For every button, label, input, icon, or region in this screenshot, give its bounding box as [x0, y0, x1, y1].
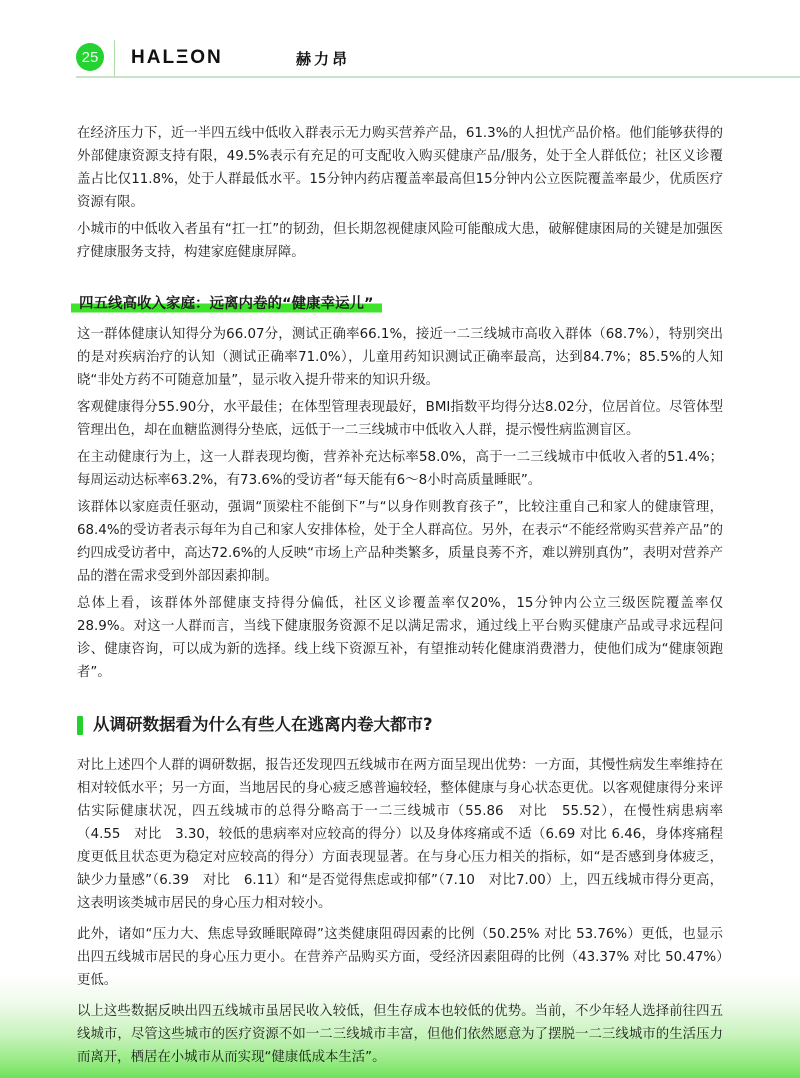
header-rule — [76, 76, 800, 78]
header-divider — [114, 40, 115, 77]
section-heading-escape: 从调研数据看为什么有些人在逃离内卷大都市? — [77, 714, 723, 736]
body-paragraph: 客观健康得分55.90分，水平最佳；在体型管理表现最好，BMI指数平均得分达8.… — [77, 396, 723, 442]
body-paragraph: 在主动健康行为上，这一人群表现均衡，营养补充达标率58.0%，高于一二三线城市中… — [77, 446, 723, 492]
page-header: 25 HALΞON 赫力昂 — [76, 40, 800, 78]
body-paragraph: 这一群体健康认知得分为66.07分，测试正确率66.1%，接近一二三线城市高收入… — [77, 323, 723, 392]
body-paragraph: 此外，诸如“压力大、焦虑导致睡眠障碍”这类健康阻碍因素的比例（50.25% 对比… — [77, 923, 723, 992]
brand-logo: HALΞON — [131, 47, 223, 69]
intro-paragraph: 在经济压力下，近一半四五线中低收入群表示无力购买营养产品，61.3%的人担忧产品… — [77, 122, 723, 214]
body-paragraph: 以上这些数据反映出四五线城市虽居民收入较低，但生存成本也较低的优势。当前，不少年… — [77, 1000, 723, 1069]
body-paragraph: 总体上看，该群体外部健康支持得分偏低，社区义诊覆盖率仅20%，15分钟内公立三级… — [77, 592, 723, 684]
brand-logo-chinese: 赫力昂 — [296, 48, 350, 69]
page-number-badge: 25 — [76, 43, 104, 71]
article-body: 在经济压力下，近一半四五线中低收入群表示无力购买营养产品，61.3%的人担忧产品… — [77, 122, 723, 1073]
section-heading-text: 从调研数据看为什么有些人在逃离内卷大都市? — [93, 714, 433, 736]
body-paragraph: 该群体以家庭责任驱动，强调“顶梁柱不能倒下”与“以身作则教育孩子”，比较注重自己… — [77, 496, 723, 588]
body-paragraph: 对比上述四个人群的调研数据，报告还发现四五线城市在两方面呈现出优势：一方面，其慢… — [77, 754, 723, 915]
subsection-heading-high-income: 四五线高收入家庭：远离内卷的“健康幸运儿” — [71, 294, 382, 314]
intro-paragraph: 小城市的中低收入者虽有“扛一扛”的韧劲，但长期忽视健康风险可能酿成大患，破解健康… — [77, 218, 723, 264]
section-bar-icon — [77, 716, 83, 735]
